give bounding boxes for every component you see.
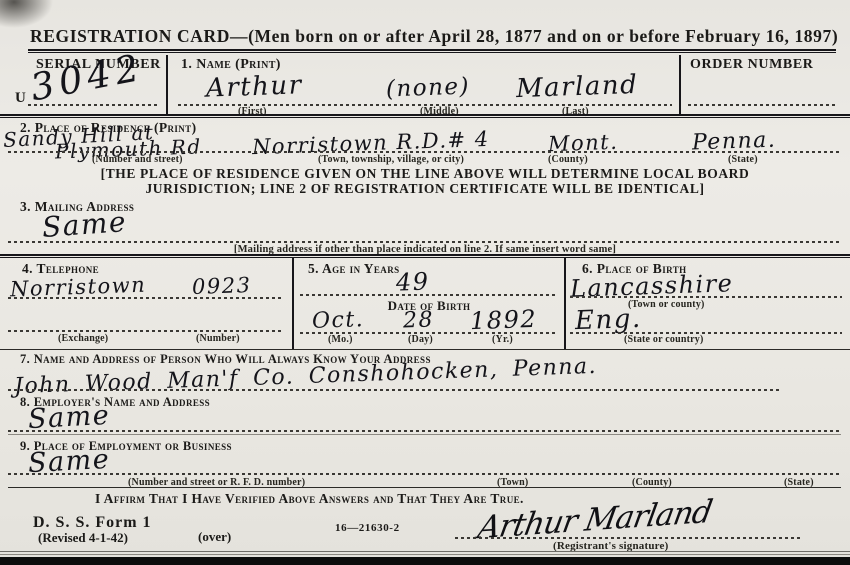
- row1-rule: [0, 114, 850, 118]
- dob-sub-day: (Day): [408, 334, 433, 345]
- birthplace-line1: [570, 296, 842, 298]
- name-last-value: Marland: [516, 70, 639, 104]
- serial-number-value: 3042: [27, 46, 147, 110]
- birthplace-sub-country: (State or country): [624, 334, 704, 345]
- affirmation-text: I Affirm That I Have Verified Above Answ…: [95, 491, 524, 507]
- jurisdiction-notice-line2: JURISDICTION; LINE 2 OF REGISTRATION CER…: [0, 181, 850, 197]
- birthplace-line2: [570, 332, 842, 334]
- serial-line: [28, 104, 160, 106]
- dob-sub-year: (Yr.): [492, 334, 513, 345]
- contact-person-line: [8, 389, 780, 391]
- telephone-sub-exchange: (Exchange): [58, 333, 108, 344]
- serial-number-prefix: U: [15, 90, 26, 107]
- row6-rule: [0, 349, 850, 350]
- telephone-sub-number: (Number): [196, 333, 240, 344]
- scan-edge: [0, 557, 850, 565]
- signature-line: [455, 537, 800, 539]
- employer-rule: [8, 434, 841, 435]
- employment-line: [8, 473, 841, 475]
- residence-sub-street: (Number and street): [92, 154, 183, 165]
- dob-year-value: 1892: [470, 305, 538, 335]
- age-label: 5. Age in Years: [308, 261, 400, 277]
- bottom-rule: [0, 551, 850, 555]
- header-rule: [28, 49, 836, 53]
- name-first-value: Arthur: [206, 70, 304, 103]
- residence-sub-county: (County): [548, 154, 588, 165]
- residence-line: [8, 151, 841, 153]
- row9-rule: [8, 487, 841, 488]
- divider-name-order: [679, 55, 681, 116]
- residence-sub-state: (State): [728, 154, 758, 165]
- telephone-line1: [8, 297, 284, 299]
- order-number-label: ORDER NUMBER: [690, 57, 813, 73]
- print-code: 16—21630-2: [335, 522, 400, 534]
- mailing-line: [8, 241, 841, 243]
- telephone-line2: [8, 330, 284, 332]
- divider-tel-age: [292, 258, 294, 349]
- divider-age-birth: [564, 258, 566, 349]
- card-title: REGISTRATION CARD—(Men born on or after …: [30, 26, 838, 47]
- form-revision: (Revised 4-1-42): [38, 530, 128, 546]
- row3-rule: [0, 254, 850, 258]
- jurisdiction-notice-line1: [THE PLACE OF RESIDENCE GIVEN ON THE LIN…: [0, 166, 850, 182]
- dob-day-value: 28: [403, 307, 435, 333]
- dob-sub-month: (Mo.): [328, 334, 353, 345]
- divider-serial-name: [166, 55, 168, 116]
- order-line: [688, 104, 838, 106]
- over-label: (over): [198, 529, 231, 545]
- age-value: 49: [396, 267, 431, 296]
- residence-sub-town: (Town, township, village, or city): [318, 154, 464, 165]
- age-line: [300, 294, 558, 296]
- name-middle-value: (none): [386, 74, 471, 103]
- mailing-address-value: Same: [41, 205, 128, 244]
- telephone-number-value: 0923: [192, 273, 252, 299]
- dob-month-value: Oct.: [312, 307, 365, 334]
- registration-card: REGISTRATION CARD—(Men born on or after …: [0, 0, 850, 565]
- employer-line: [8, 430, 841, 432]
